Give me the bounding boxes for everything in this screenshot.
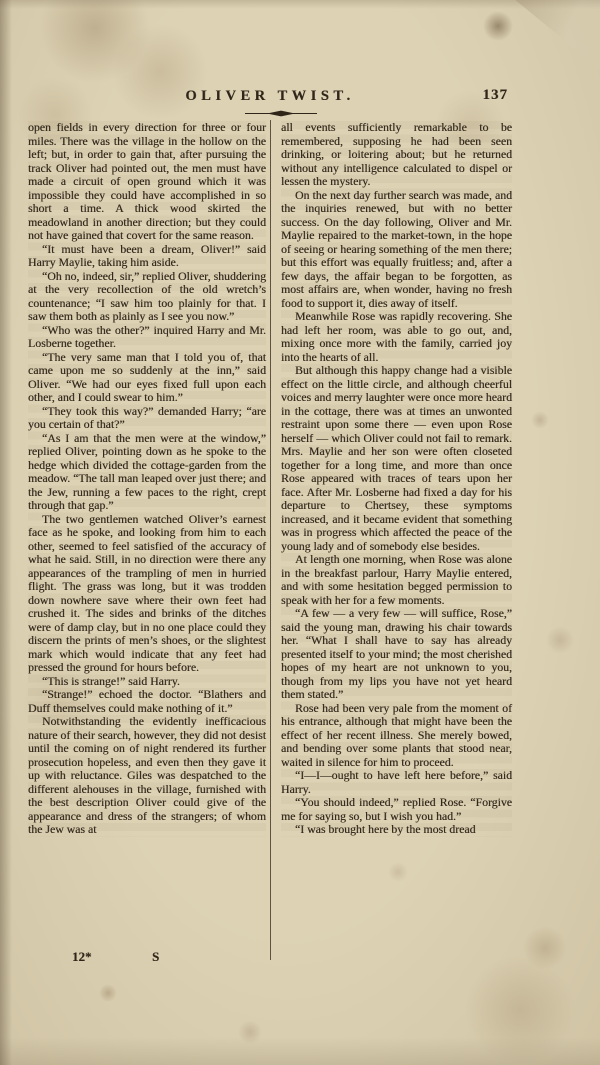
page-corner-crease (508, 0, 600, 73)
paragraph: “I was brought here by the most dread (281, 823, 512, 837)
right-column: all events sufficiently remarkable to be… (281, 121, 512, 837)
paragraph: Meanwhile Rose was rapidly recovering. S… (281, 310, 512, 364)
running-title: OLIVER TWIST. (28, 88, 512, 105)
paragraph: all events sufficiently remarkable to be… (281, 121, 512, 189)
book-page-scan: OLIVER TWIST. 137 open fields in every d… (0, 0, 600, 1065)
signature-mark-right: S (152, 949, 159, 965)
paragraph: “The very same man that I told you of, t… (28, 351, 266, 405)
header-divider-ornament (245, 109, 317, 118)
page-number: 137 (483, 87, 509, 104)
paragraph: “Strange!” echoed the doctor. “Blathers … (28, 688, 266, 715)
paragraph: At length one morning, when Rose was alo… (281, 553, 512, 607)
paragraph: “A few — a very few — will suffice, Rose… (281, 607, 512, 702)
paragraph: “You should indeed,” replied Rose. “Forg… (281, 796, 512, 823)
paragraph: “It must have been a dream, Oliver!” sai… (28, 243, 266, 270)
signature-mark-left: 12* (72, 949, 92, 965)
paragraph: “They took this way?” demanded Harry; “a… (28, 405, 266, 432)
paragraph: But although this happy change had a vis… (281, 364, 512, 553)
paragraph: “Who was the other?” inquired Harry and … (28, 324, 266, 351)
left-column: open fields in every direction for three… (28, 121, 266, 837)
paragraph: Rose had been very pale from the moment … (281, 702, 512, 770)
paragraph: “As I am that the men were at the window… (28, 432, 266, 513)
paragraph: The two gentlemen watched Oliver’s earne… (28, 513, 266, 675)
paragraph: Notwithstanding the evidently inefficaci… (28, 715, 266, 837)
column-divider-rule (270, 120, 271, 960)
paragraph: On the next day further search was made,… (281, 189, 512, 311)
paragraph: open fields in every direction for three… (28, 121, 266, 243)
paragraph: “I—I—ought to have left here before,” sa… (281, 769, 512, 796)
paragraph: “This is strange!” said Harry. (28, 675, 266, 689)
paragraph: “Oh no, indeed, sir,” replied Oliver, sh… (28, 270, 266, 324)
